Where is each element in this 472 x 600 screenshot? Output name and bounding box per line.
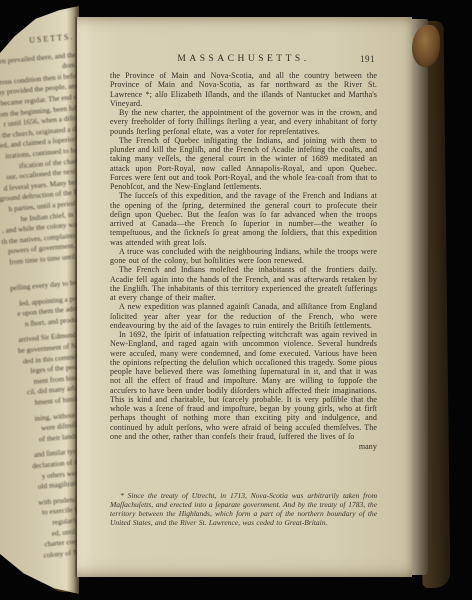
page-fore-edge [411,19,428,575]
running-head: MASSACHUSETTS. 191 [110,54,377,64]
paragraph: By the new charter, the appointment of t… [110,108,377,136]
body-text: the Province of Main and Nova-Scotia, an… [110,71,377,451]
paragraph: the Province of Main and Nova-Scotia, an… [110,71,377,108]
page-number: 191 [360,54,375,64]
catchword: many [110,442,377,451]
verso-page: USETTS. hich then prevailed there, and t… [0,6,79,594]
footnote: * Since the treaty of Utrecht, in 1713, … [110,492,377,528]
paragraph: The French and Indians moleſted the inha… [110,265,377,302]
book-photo: USETTS. hich then prevailed there, and t… [0,0,472,600]
recto-page: MASSACHUSETTS. 191 the Province of Main … [77,17,412,577]
page-title: MASSACHUSETTS. [177,54,309,64]
verso-page-text: USETTS. hich then prevailed there, and t… [0,32,79,579]
paragraph: The ſucceſs of this expedition, and the … [110,191,377,247]
verso-line-list: hich then prevailed there, and thedom.pe… [0,50,79,579]
page-corner-stain [412,25,440,67]
paragraph: A truce was concluded with the neighbour… [110,247,377,266]
paragraph: The French of Quebec inſtigating the Ind… [110,136,377,192]
paragraph: In 1692, the ſpirit of infatuation reſpe… [110,330,377,441]
paragraph: A new expedition was planned againſt Can… [110,302,377,330]
